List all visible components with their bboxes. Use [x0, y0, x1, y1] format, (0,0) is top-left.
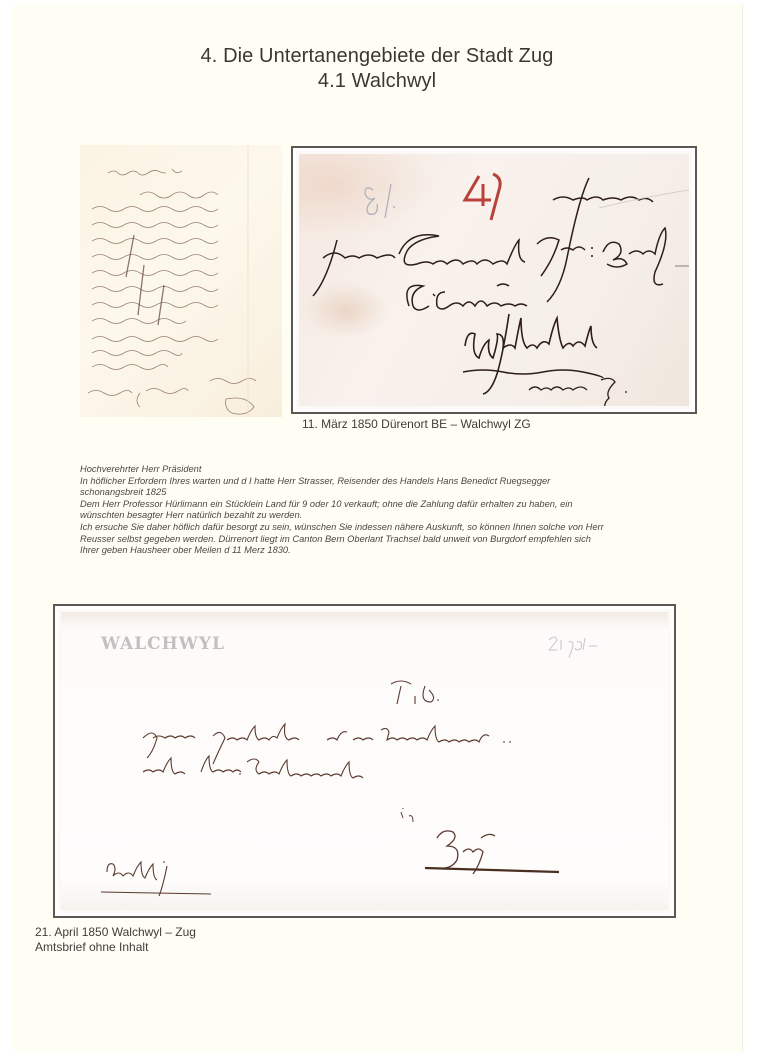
transcript-line: wünschten besagter Herr natürlich bezahl… [80, 510, 730, 522]
page-subtitle: 4.1 Walchwyl [12, 69, 742, 94]
transcript-line: Ich ersuche Sie daher höflich dafür beso… [80, 522, 730, 534]
cover-2-caption: 21. April 1850 Walchwyl – Zug Amtsbrief … [35, 925, 196, 955]
cover-address-script-icon [299, 154, 689, 406]
cover-1-image [299, 154, 689, 406]
transcript-line: Dem Herr Professor Hürlimann ein Stückle… [80, 499, 730, 511]
cover-1-caption: 11. März 1850 Dürenort BE – Walchwyl ZG [302, 417, 531, 432]
transcript-line: Hochverehrter Herr Präsident [80, 464, 730, 476]
page-title: 4. Die Untertanengebiete der Stadt Zug [12, 44, 742, 69]
cover-2-caption-line: Amtsbrief ohne Inhalt [35, 940, 196, 955]
cover-1-frame [291, 146, 697, 414]
cover-2-caption-line: 21. April 1850 Walchwyl – Zug [35, 925, 196, 940]
transcript-line: schonangsbreit 1825 [80, 487, 730, 499]
letter-transcription: Hochverehrter Herr Präsident In höfliche… [80, 464, 730, 557]
cover-2-frame: WALCHWYL [53, 604, 676, 918]
album-page: 4. Die Untertanengebiete der Stadt Zug 4… [12, 4, 742, 1052]
letter-contents-image [80, 145, 282, 417]
page-header: 4. Die Untertanengebiete der Stadt Zug 4… [12, 44, 742, 94]
handwriting-lines-icon [80, 145, 282, 417]
transcript-line: In höflicher Erfordern Ihres warten und … [80, 476, 730, 488]
transcript-line: Reusser selbst gegeben werden. Dürrenort… [80, 534, 730, 546]
cover-2-address-script-icon [61, 612, 668, 910]
cover-2-image: WALCHWYL [61, 612, 668, 910]
transcript-line: Ihrer geben Hausheer ober Meilen d 11 Me… [80, 545, 730, 557]
